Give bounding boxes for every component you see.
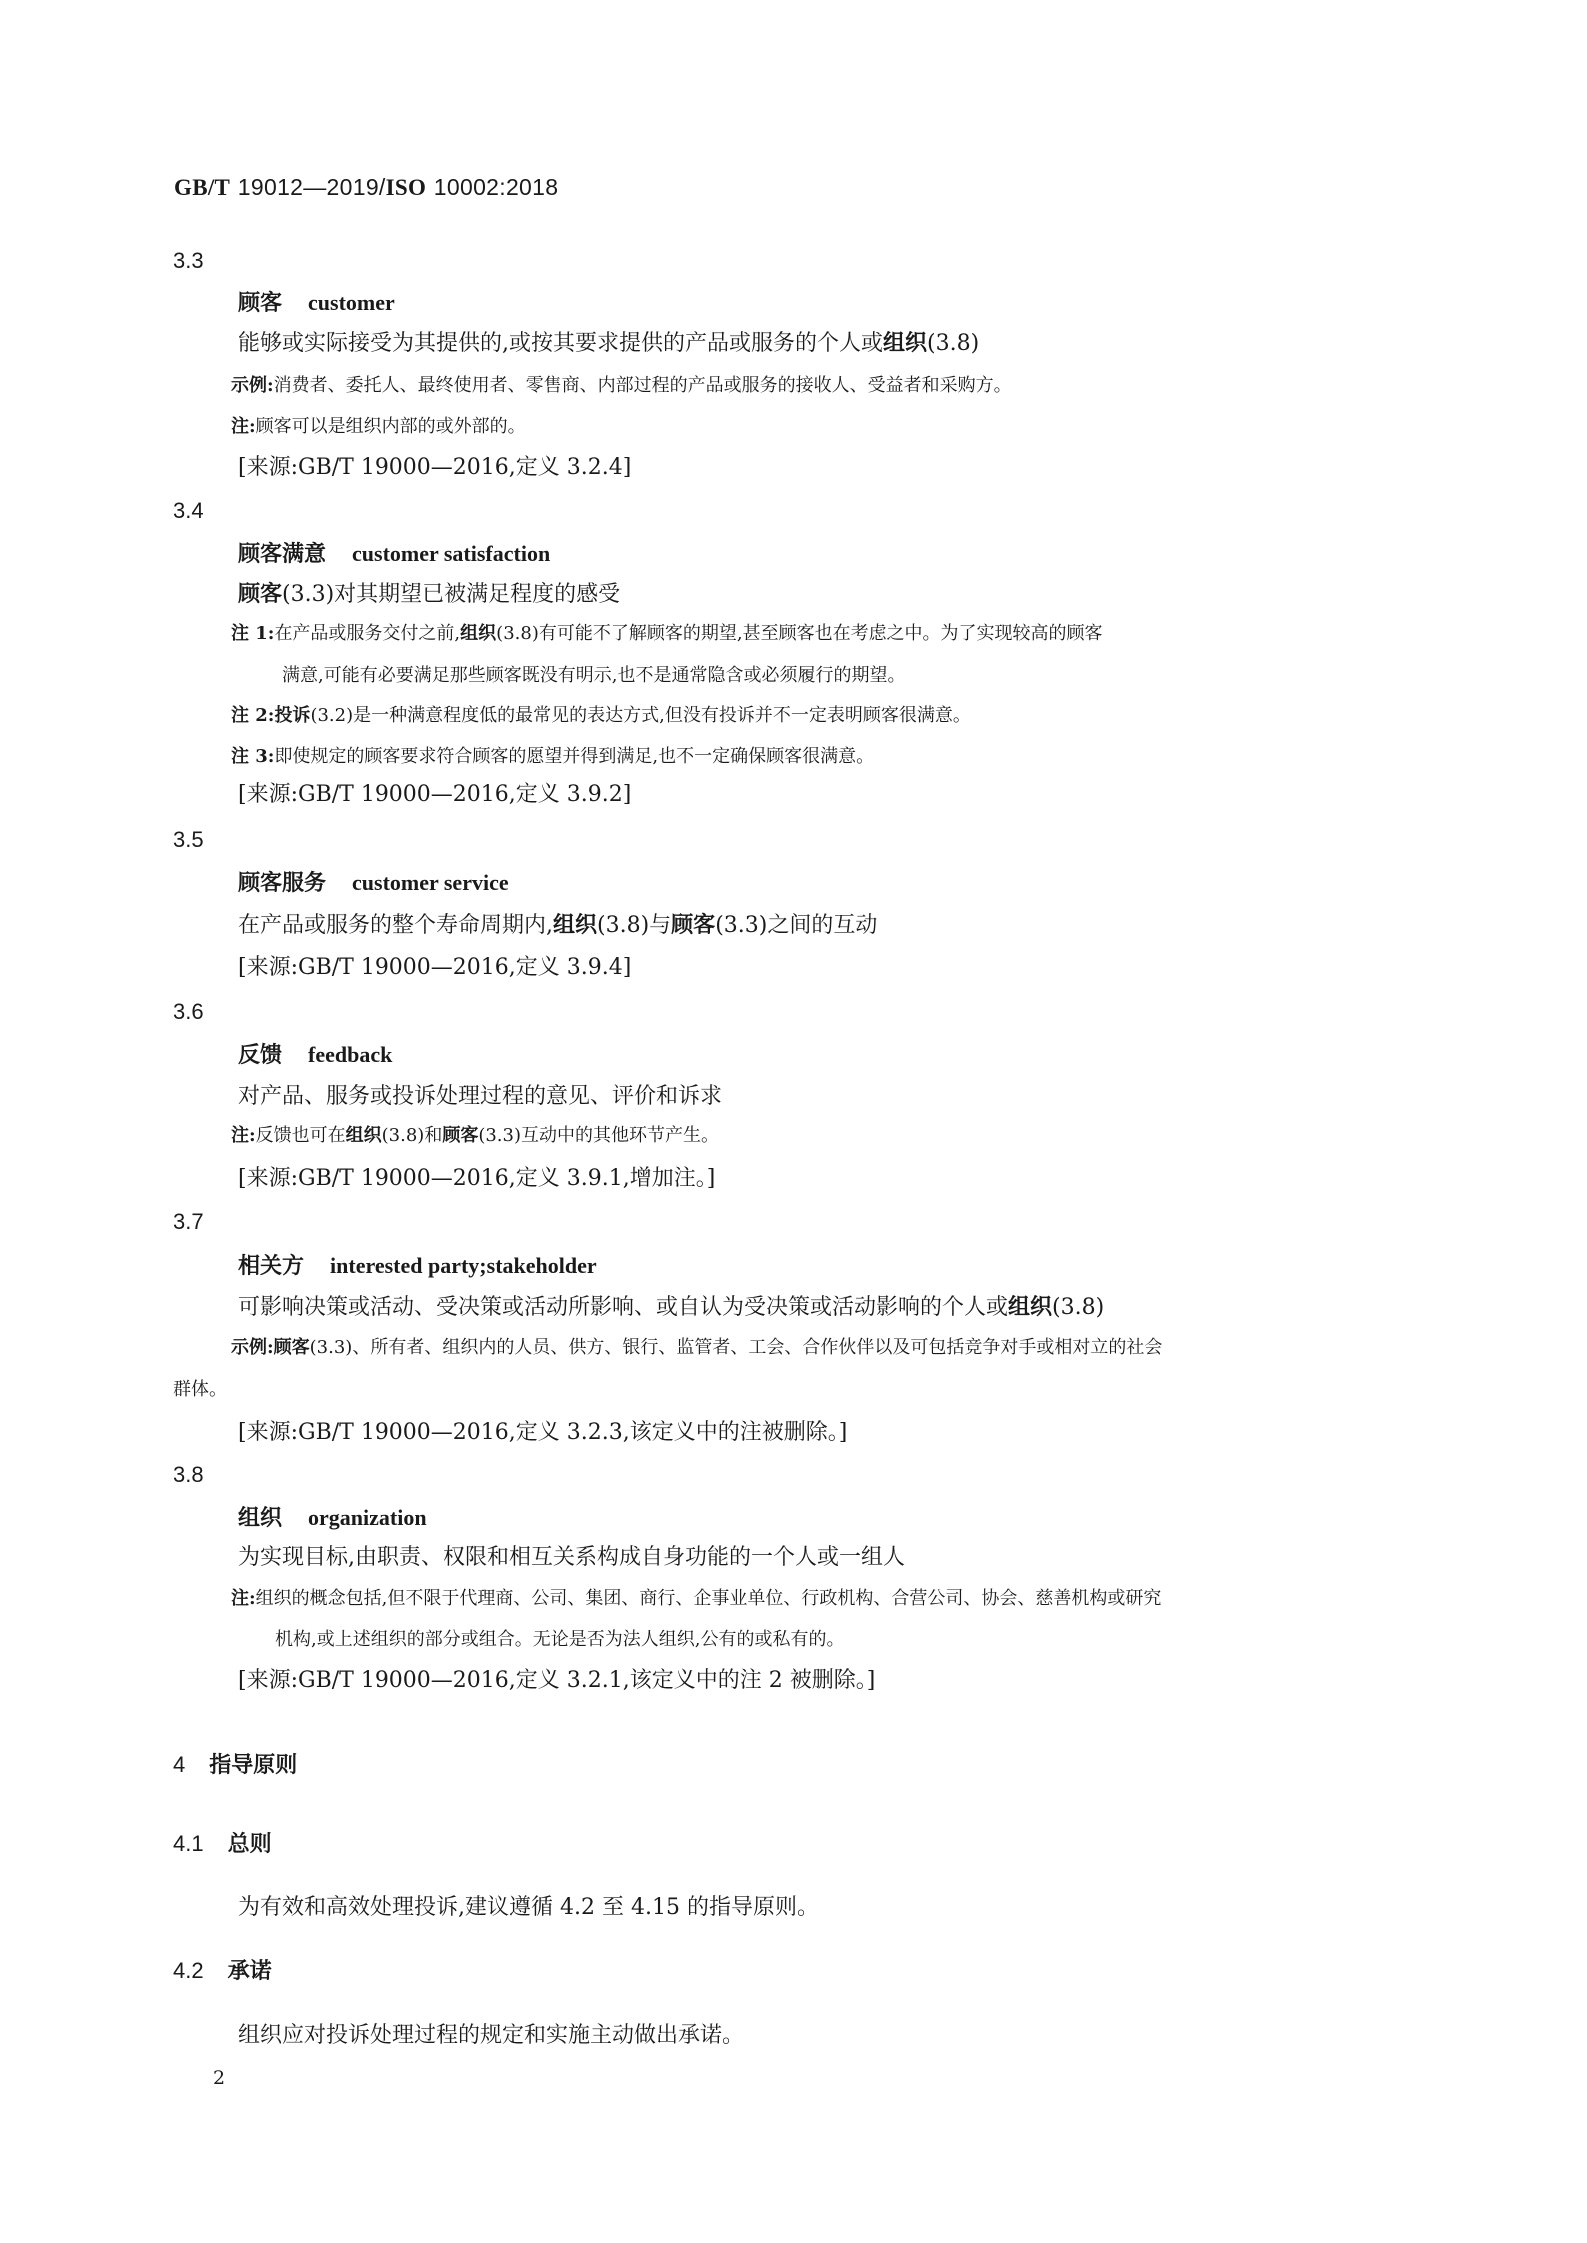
std-number: 19012—2019/: [238, 174, 386, 200]
term-definition: 对产品、服务或投诉处理过程的意见、评价和诉求: [238, 1086, 722, 1108]
std-prefix: GB/T: [174, 175, 230, 200]
definition-text: (3.8)与: [597, 913, 671, 938]
term-note-2: 注 2:投诉(3.2)是一种满意程度低的最常见的表达方式,但没有投诉并不一定表明…: [231, 707, 971, 725]
term-reference: 组织: [460, 623, 496, 644]
term-heading: 顾客满意customer satisfaction: [238, 543, 550, 565]
term-number: 3.7: [173, 1211, 204, 1233]
term-reference: 顾客: [671, 912, 715, 938]
definition-text: (3.3)对其期望已被满足程度的感受: [282, 582, 620, 607]
section-number: 4.1: [173, 1831, 204, 1856]
reference-number: (3.8): [927, 331, 979, 356]
note-text: (3.3)互动中的其他环节产生。: [478, 1125, 719, 1146]
term-en: customer: [308, 290, 395, 315]
term-example: 示例:消费者、委托人、最终使用者、零售商、内部过程的产品或服务的接收人、受益者和…: [231, 377, 1012, 395]
term-number: 3.8: [173, 1464, 204, 1486]
term-number: 3.6: [173, 1001, 204, 1023]
iso-number: 10002:2018: [434, 174, 559, 200]
section-heading-4: 4指导原则: [173, 1754, 297, 1776]
term-en: organization: [308, 1505, 427, 1530]
term-heading: 组织organization: [238, 1507, 427, 1529]
note-label: 注:: [231, 1125, 256, 1146]
definition-text: 可影响决策或活动、受决策或活动所影响、或自认为受决策或活动影响的个人或: [238, 1295, 1008, 1320]
iso-prefix: ISO: [386, 175, 427, 200]
term-zh: 顾客: [238, 290, 282, 316]
note-text: (3.8)和: [382, 1125, 443, 1146]
example-label: 示例:: [231, 1337, 274, 1358]
note-text: 即使规定的顾客要求符合顾客的愿望并得到满足,也不一定确保顾客很满意。: [274, 746, 874, 767]
section-title: 总则: [228, 1831, 272, 1857]
note-text: 组织的概念包括,但不限于代理商、公司、集团、商行、企事业单位、行政机构、合营公司…: [256, 1588, 1162, 1609]
term-zh: 组织: [238, 1505, 282, 1531]
term-zh: 反馈: [238, 1042, 282, 1068]
term-source: [来源:GB/T 19000—2016,定义 3.2.4]: [238, 457, 631, 479]
term-source: [来源:GB/T 19000—2016,定义 3.2.3,该定义中的注被删除。]: [238, 1422, 847, 1444]
term-source: [来源:GB/T 19000—2016,定义 3.2.1,该定义中的注 2 被删…: [238, 1670, 875, 1692]
term-example-continued: 群体。: [173, 1381, 227, 1399]
term-heading: 顾客customer: [238, 292, 395, 314]
term-note-1-continued: 满意,可能有必要满足那些顾客既没有明示,也不是通常隐含或必须履行的期望。: [282, 667, 905, 685]
note-label: 注 3:: [231, 746, 274, 767]
definition-text: 能够或实际接受为其提供的,或按其要求提供的产品或服务的个人或: [238, 331, 883, 356]
section-body: 组织应对投诉处理过程的规定和实施主动做出承诺。: [238, 2025, 744, 2047]
note-label: 注:: [231, 1588, 256, 1609]
term-reference: 组织: [346, 1125, 382, 1146]
term-number: 3.5: [173, 829, 204, 851]
term-zh: 顾客满意: [238, 541, 326, 567]
note-label: 注 1:: [231, 623, 274, 644]
term-reference: 顾客: [442, 1125, 478, 1146]
term-definition: 在产品或服务的整个寿命周期内,组织(3.8)与顾客(3.3)之间的互动: [238, 914, 877, 937]
term-en: customer service: [352, 870, 509, 895]
section-number: 4.2: [173, 1958, 204, 1983]
term-reference: 组织: [1008, 1294, 1052, 1320]
term-note-1: 注 1:在产品或服务交付之前,组织(3.8)有可能不了解顾客的期望,甚至顾客也在…: [231, 625, 1103, 643]
example-text: 消费者、委托人、最终使用者、零售商、内部过程的产品或服务的接收人、受益者和采购方…: [274, 375, 1012, 396]
term-reference: 投诉: [274, 705, 310, 726]
term-en: feedback: [308, 1042, 392, 1067]
section-title: 承诺: [228, 1958, 272, 1984]
term-source: [来源:GB/T 19000—2016,定义 3.9.2]: [238, 784, 631, 806]
term-heading: 反馈feedback: [238, 1044, 392, 1066]
term-en: interested party;stakeholder: [330, 1253, 597, 1278]
note-label: 注:: [231, 416, 256, 437]
term-reference: 顾客: [238, 581, 282, 607]
term-note-continued: 机构,或上述组织的部分或组合。无论是否为法人组织,公有的或私有的。: [275, 1631, 844, 1649]
note-text: 反馈也可在: [256, 1125, 346, 1146]
term-definition: 为实现目标,由职责、权限和相互关系构成自身功能的一个人或一组人: [238, 1547, 905, 1569]
page-number: 2: [213, 2069, 225, 2088]
term-example: 示例:顾客(3.3)、所有者、组织内的人员、供方、银行、监管者、工会、合作伙伴以…: [231, 1339, 1162, 1357]
note-label: 注 2:: [231, 705, 274, 726]
term-reference: 组织: [883, 330, 927, 356]
term-reference: 组织: [553, 912, 597, 938]
term-definition: 可影响决策或活动、受决策或活动所影响、或自认为受决策或活动影响的个人或组织(3.…: [238, 1296, 1104, 1319]
example-text: (3.3)、所有者、组织内的人员、供方、银行、监管者、工会、合作伙伴以及可包括竞…: [310, 1337, 1163, 1358]
term-en: customer satisfaction: [352, 541, 550, 566]
definition-text: (3.3)之间的互动: [715, 913, 877, 938]
term-heading: 相关方interested party;stakeholder: [238, 1255, 597, 1277]
note-text: 在产品或服务交付之前,: [274, 623, 460, 644]
section-title: 指导原则: [209, 1752, 297, 1778]
term-reference: 顾客: [274, 1337, 310, 1358]
term-source: [来源:GB/T 19000—2016,定义 3.9.4]: [238, 957, 631, 979]
term-note: 注:反馈也可在组织(3.8)和顾客(3.3)互动中的其他环节产生。: [231, 1127, 719, 1145]
term-heading: 顾客服务customer service: [238, 872, 509, 894]
term-definition: 能够或实际接受为其提供的,或按其要求提供的产品或服务的个人或组织(3.8): [238, 332, 979, 355]
term-note-3: 注 3:即使规定的顾客要求符合顾客的愿望并得到满足,也不一定确保顾客很满意。: [231, 748, 874, 766]
term-definition: 顾客(3.3)对其期望已被满足程度的感受: [238, 583, 620, 606]
term-zh: 相关方: [238, 1253, 304, 1279]
term-zh: 顾客服务: [238, 870, 326, 896]
section-body: 为有效和高效处理投诉,建议遵循 4.2 至 4.15 的指导原则。: [238, 1897, 819, 1919]
term-number: 3.3: [173, 250, 204, 272]
document-header: GB/T 19012—2019/ISO 10002:2018: [174, 176, 558, 200]
term-number: 3.4: [173, 500, 204, 522]
term-source: [来源:GB/T 19000—2016,定义 3.9.1,增加注。]: [238, 1168, 715, 1190]
note-text: (3.8)有可能不了解顾客的期望,甚至顾客也在考虑之中。为了实现较高的顾客: [496, 623, 1102, 644]
section-heading-4-1: 4.1总则: [173, 1833, 272, 1855]
reference-number: (3.8): [1052, 1295, 1104, 1320]
term-note: 注:组织的概念包括,但不限于代理商、公司、集团、商行、企事业单位、行政机构、合营…: [231, 1590, 1161, 1608]
section-heading-4-2: 4.2承诺: [173, 1960, 272, 1982]
note-text: (3.2)是一种满意程度低的最常见的表达方式,但没有投诉并不一定表明顾客很满意。: [310, 705, 970, 726]
term-note: 注:顾客可以是组织内部的或外部的。: [231, 418, 526, 436]
note-text: 顾客可以是组织内部的或外部的。: [256, 416, 526, 437]
example-label: 示例:: [231, 375, 274, 396]
definition-text: 在产品或服务的整个寿命周期内,: [238, 913, 553, 938]
section-number: 4: [173, 1752, 185, 1777]
